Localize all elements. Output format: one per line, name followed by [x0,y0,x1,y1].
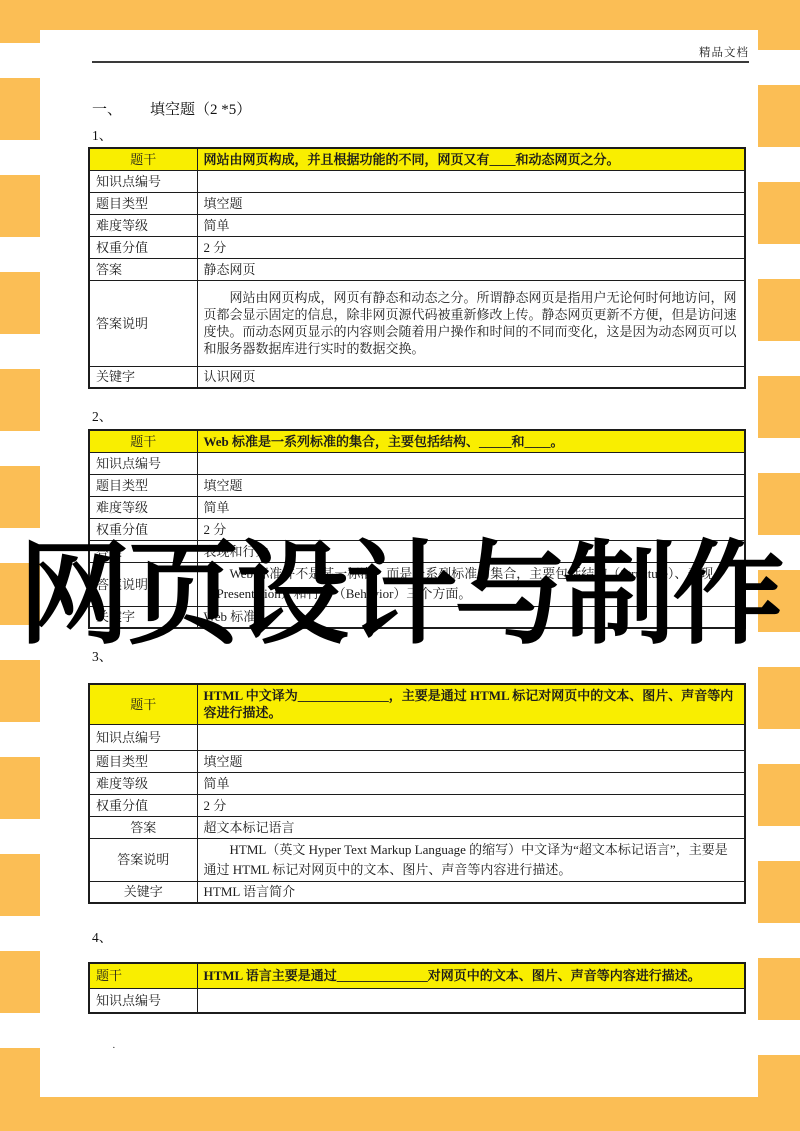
table-row: 题目类型 填空题 [89,750,745,772]
table-row: 题干 HTML 语言主要是通过______________对网页中的文本、图片、… [89,963,745,988]
table-row: 难度等级 简单 [89,496,745,518]
table-row: 难度等级 简单 [89,772,745,794]
stem-text: Web 标准是一系列标准的集合，主要包括结构、_____和____。 [197,430,745,452]
weight-value: 2 分 [197,794,745,816]
row-label-difficulty: 难度等级 [89,214,197,236]
row-label-stem: 题干 [89,963,197,988]
table-row: 答案 超文本标记语言 [89,816,745,838]
question-number-1: 1、 [92,124,112,144]
weight-value: 2 分 [197,236,745,258]
row-label-qtype: 题目类型 [89,750,197,772]
question-table-4: 题干 HTML 语言主要是通过______________对网页中的文本、图片、… [88,962,746,1014]
knowledge-value [197,170,745,192]
knowledge-value [197,724,745,750]
row-label-explanation: 答案说明 [89,280,197,366]
table-row: 答案说明 网站由网页构成，网页有静态和动态之分。所谓静态网页是指用户无论何时何地… [89,280,745,366]
row-label-stem: 题干 [89,148,197,170]
knowledge-value [197,452,745,474]
answer-value: 静态网页 [197,258,745,280]
row-label-knowledge: 知识点编号 [89,724,197,750]
header-rule [92,61,749,63]
row-label-qtype: 题目类型 [89,474,197,496]
stray-dot: · [112,1042,116,1054]
row-label-weight: 权重分值 [89,236,197,258]
row-label-knowledge: 知识点编号 [89,170,197,192]
explanation-value: 网站由网页构成，网页有静态和动态之分。所谓静态网页是指用户无论何时何地访问，网页… [197,280,745,366]
row-label-keyword: 关键字 [89,366,197,388]
table-row: 题干 Web 标准是一系列标准的集合，主要包括结构、_____和____。 [89,430,745,452]
row-label-keyword: 关键字 [89,881,197,903]
section-number: 一、 [92,102,122,118]
question-number-2: 2、 [92,405,112,425]
stem-text: HTML 中文译为______________，主要是通过 HTML 标记对网页… [197,684,745,724]
table-row: 题目类型 填空题 [89,192,745,214]
table-row: 关键字 HTML 语言简介 [89,881,745,903]
table-row: 答案 静态网页 [89,258,745,280]
row-label-difficulty: 难度等级 [89,772,197,794]
section-label: 填空题（2 *5） [150,102,251,118]
table-row: 关键字 认识网页 [89,366,745,388]
qtype-value: 填空题 [197,750,745,772]
table-row: 题干 网站由网页构成，并且根据功能的不同，网页又有____和动态网页之分。 [89,148,745,170]
table-row: 答案说明 HTML（英文 Hyper Text Markup Language … [89,838,745,881]
keyword-value: HTML 语言简介 [197,881,745,903]
doc-header-tag: 精品文档 [92,44,749,60]
row-label-explanation: 答案说明 [89,838,197,881]
watermark-text: 网页设计与制作 [19,538,782,652]
stem-text: HTML 语言主要是通过______________对网页中的文本、图片、声音等… [197,963,745,988]
difficulty-value: 简单 [197,772,745,794]
question-number-4: 4、 [92,926,112,946]
table-row: 知识点编号 [89,724,745,750]
question-table-1: 题干 网站由网页构成，并且根据功能的不同，网页又有____和动态网页之分。 知识… [88,147,746,389]
qtype-value: 填空题 [197,192,745,214]
difficulty-value: 简单 [197,214,745,236]
answer-value: 超文本标记语言 [197,816,745,838]
row-label-knowledge: 知识点编号 [89,988,197,1013]
table-row: 知识点编号 [89,452,745,474]
row-label-difficulty: 难度等级 [89,496,197,518]
table-row: 题干 HTML 中文译为______________，主要是通过 HTML 标记… [89,684,745,724]
border-band-top [0,0,800,30]
row-label-weight: 权重分值 [89,794,197,816]
keyword-value: 认识网页 [197,366,745,388]
explanation-value: HTML（英文 Hyper Text Markup Language 的缩写）中… [197,838,745,881]
table-row: 权重分值 2 分 [89,236,745,258]
row-label-qtype: 题目类型 [89,192,197,214]
row-label-answer: 答案 [89,816,197,838]
difficulty-value: 简单 [197,496,745,518]
table-row: 题目类型 填空题 [89,474,745,496]
table-row: 知识点编号 [89,988,745,1013]
section-title: 一、填空题（2 *5） [92,98,251,119]
qtype-value: 填空题 [197,474,745,496]
stem-text: 网站由网页构成，并且根据功能的不同，网页又有____和动态网页之分。 [197,148,745,170]
knowledge-value [197,988,745,1013]
table-row: 权重分值 2 分 [89,794,745,816]
border-band-bottom [0,1097,800,1131]
row-label-stem: 题干 [89,684,197,724]
row-label-stem: 题干 [89,430,197,452]
document-page: 精品文档 一、填空题（2 *5） 1、 题干 网站由网页构成，并且根据功能的不同… [0,0,800,1131]
table-row: 知识点编号 [89,170,745,192]
table-row: 难度等级 简单 [89,214,745,236]
row-label-knowledge: 知识点编号 [89,452,197,474]
row-label-answer: 答案 [89,258,197,280]
question-table-3: 题干 HTML 中文译为______________，主要是通过 HTML 标记… [88,683,746,904]
